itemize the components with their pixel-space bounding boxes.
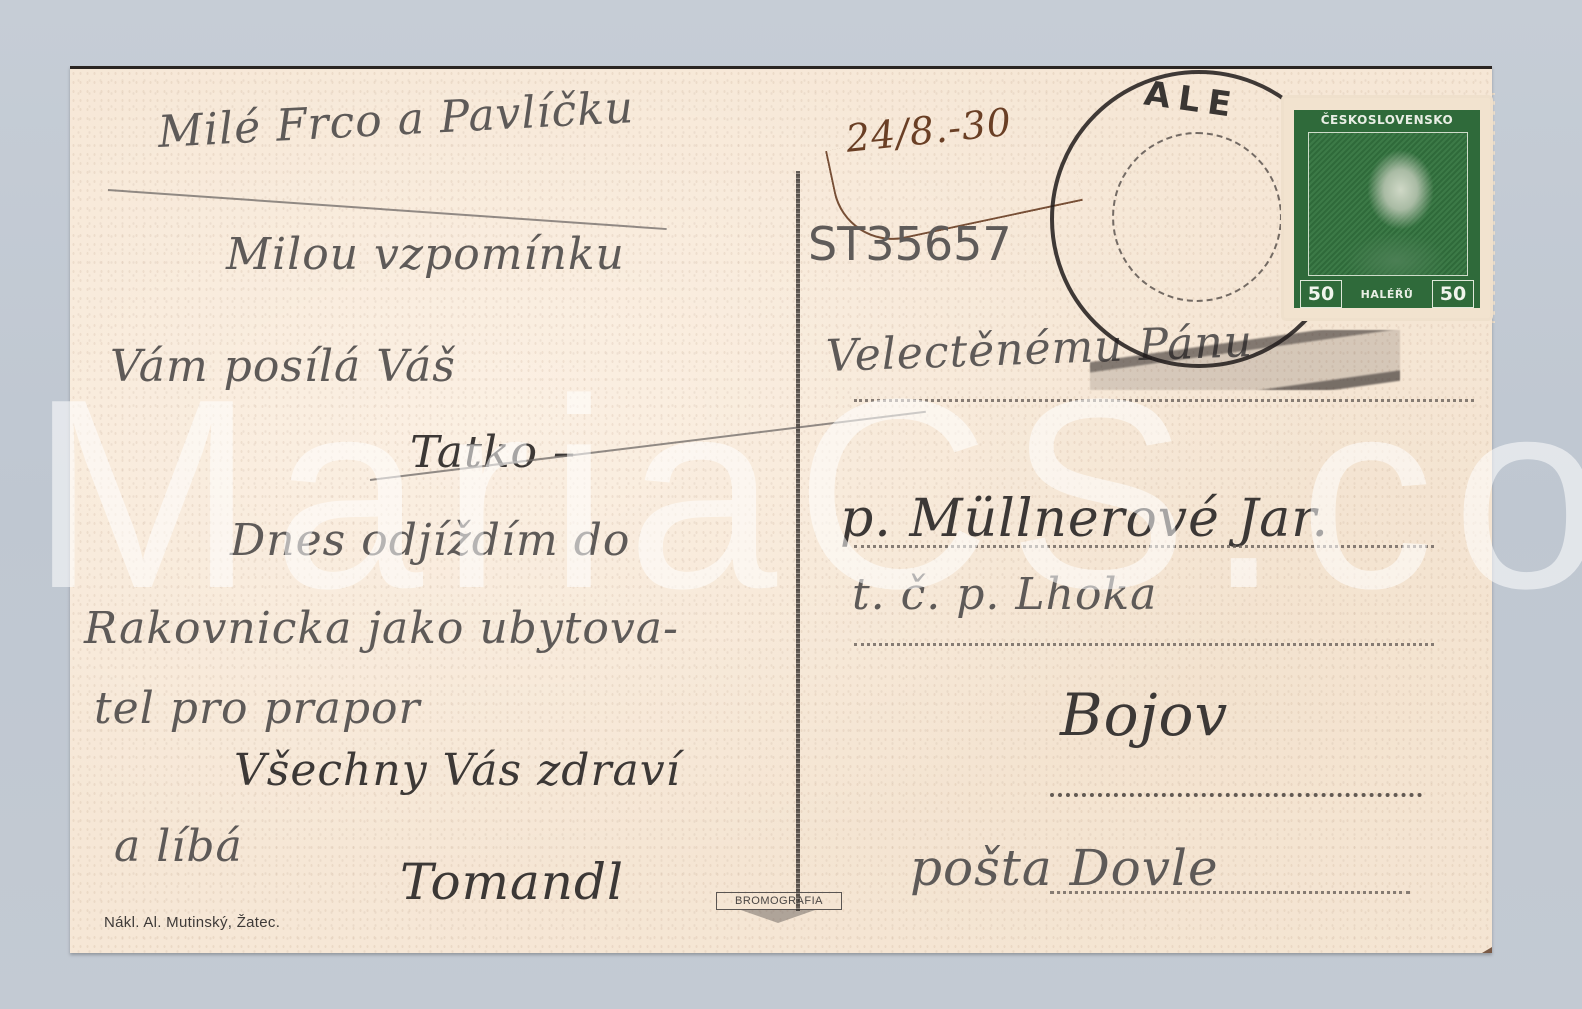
address-recipient: p. Müllnerové Jar. <box>840 489 1329 549</box>
postmark-inner-ring <box>1112 132 1282 302</box>
stamp-value-right: 50 <box>1432 280 1474 308</box>
message-line-8: a líbá <box>114 821 243 872</box>
bromografia-label: BROMOGRAFIA <box>716 892 842 910</box>
address-line-5 <box>1050 891 1410 894</box>
message-line-4: Dnes odjíždím do <box>230 515 630 566</box>
sunburst-icon <box>738 909 818 923</box>
postmark-town-text: ALE <box>1142 74 1242 127</box>
postage-stamp: ČESKOSLOVENSKO 50 HALÉŘŮ 50 <box>1284 98 1490 318</box>
message-line-1: Milou vzpomínku <box>226 229 625 280</box>
stamp-portrait <box>1308 132 1468 276</box>
stamp-frame: ČESKOSLOVENSKO 50 HALÉŘŮ 50 <box>1294 110 1480 308</box>
message-line-6: tel pro prapor <box>94 683 421 734</box>
stamp-currency: HALÉŘŮ <box>1344 288 1430 301</box>
message-line-5: Rakovnicka jako ubytova- <box>84 603 679 654</box>
stamp-value-left: 50 <box>1300 280 1342 308</box>
message-line-2: Vám posílá Váš <box>110 341 456 392</box>
address-care-of: t. č. p. Lhoka <box>852 569 1157 620</box>
bromografia-logo: BROMOGRAFIA <box>716 892 844 926</box>
cancel-bar <box>1090 330 1400 390</box>
address-line-2 <box>854 545 1434 548</box>
center-divider <box>796 171 800 911</box>
message-line-7: Všechny Vás zdraví <box>234 745 681 796</box>
address-line-4-underlined <box>1050 793 1422 797</box>
address-post: pošta Dovle <box>910 839 1219 897</box>
address-line-1 <box>854 399 1474 402</box>
stamp-country: ČESKOSLOVENSKO <box>1294 113 1480 127</box>
address-line-3 <box>854 643 1434 646</box>
inventory-code: ST35657 <box>808 217 1012 271</box>
signature-handwriting: Tomandl <box>400 853 624 911</box>
address-town: Bojov <box>1060 681 1228 749</box>
printer-imprint: Nákl. Al. Mutinský, Žatec. <box>104 914 280 931</box>
